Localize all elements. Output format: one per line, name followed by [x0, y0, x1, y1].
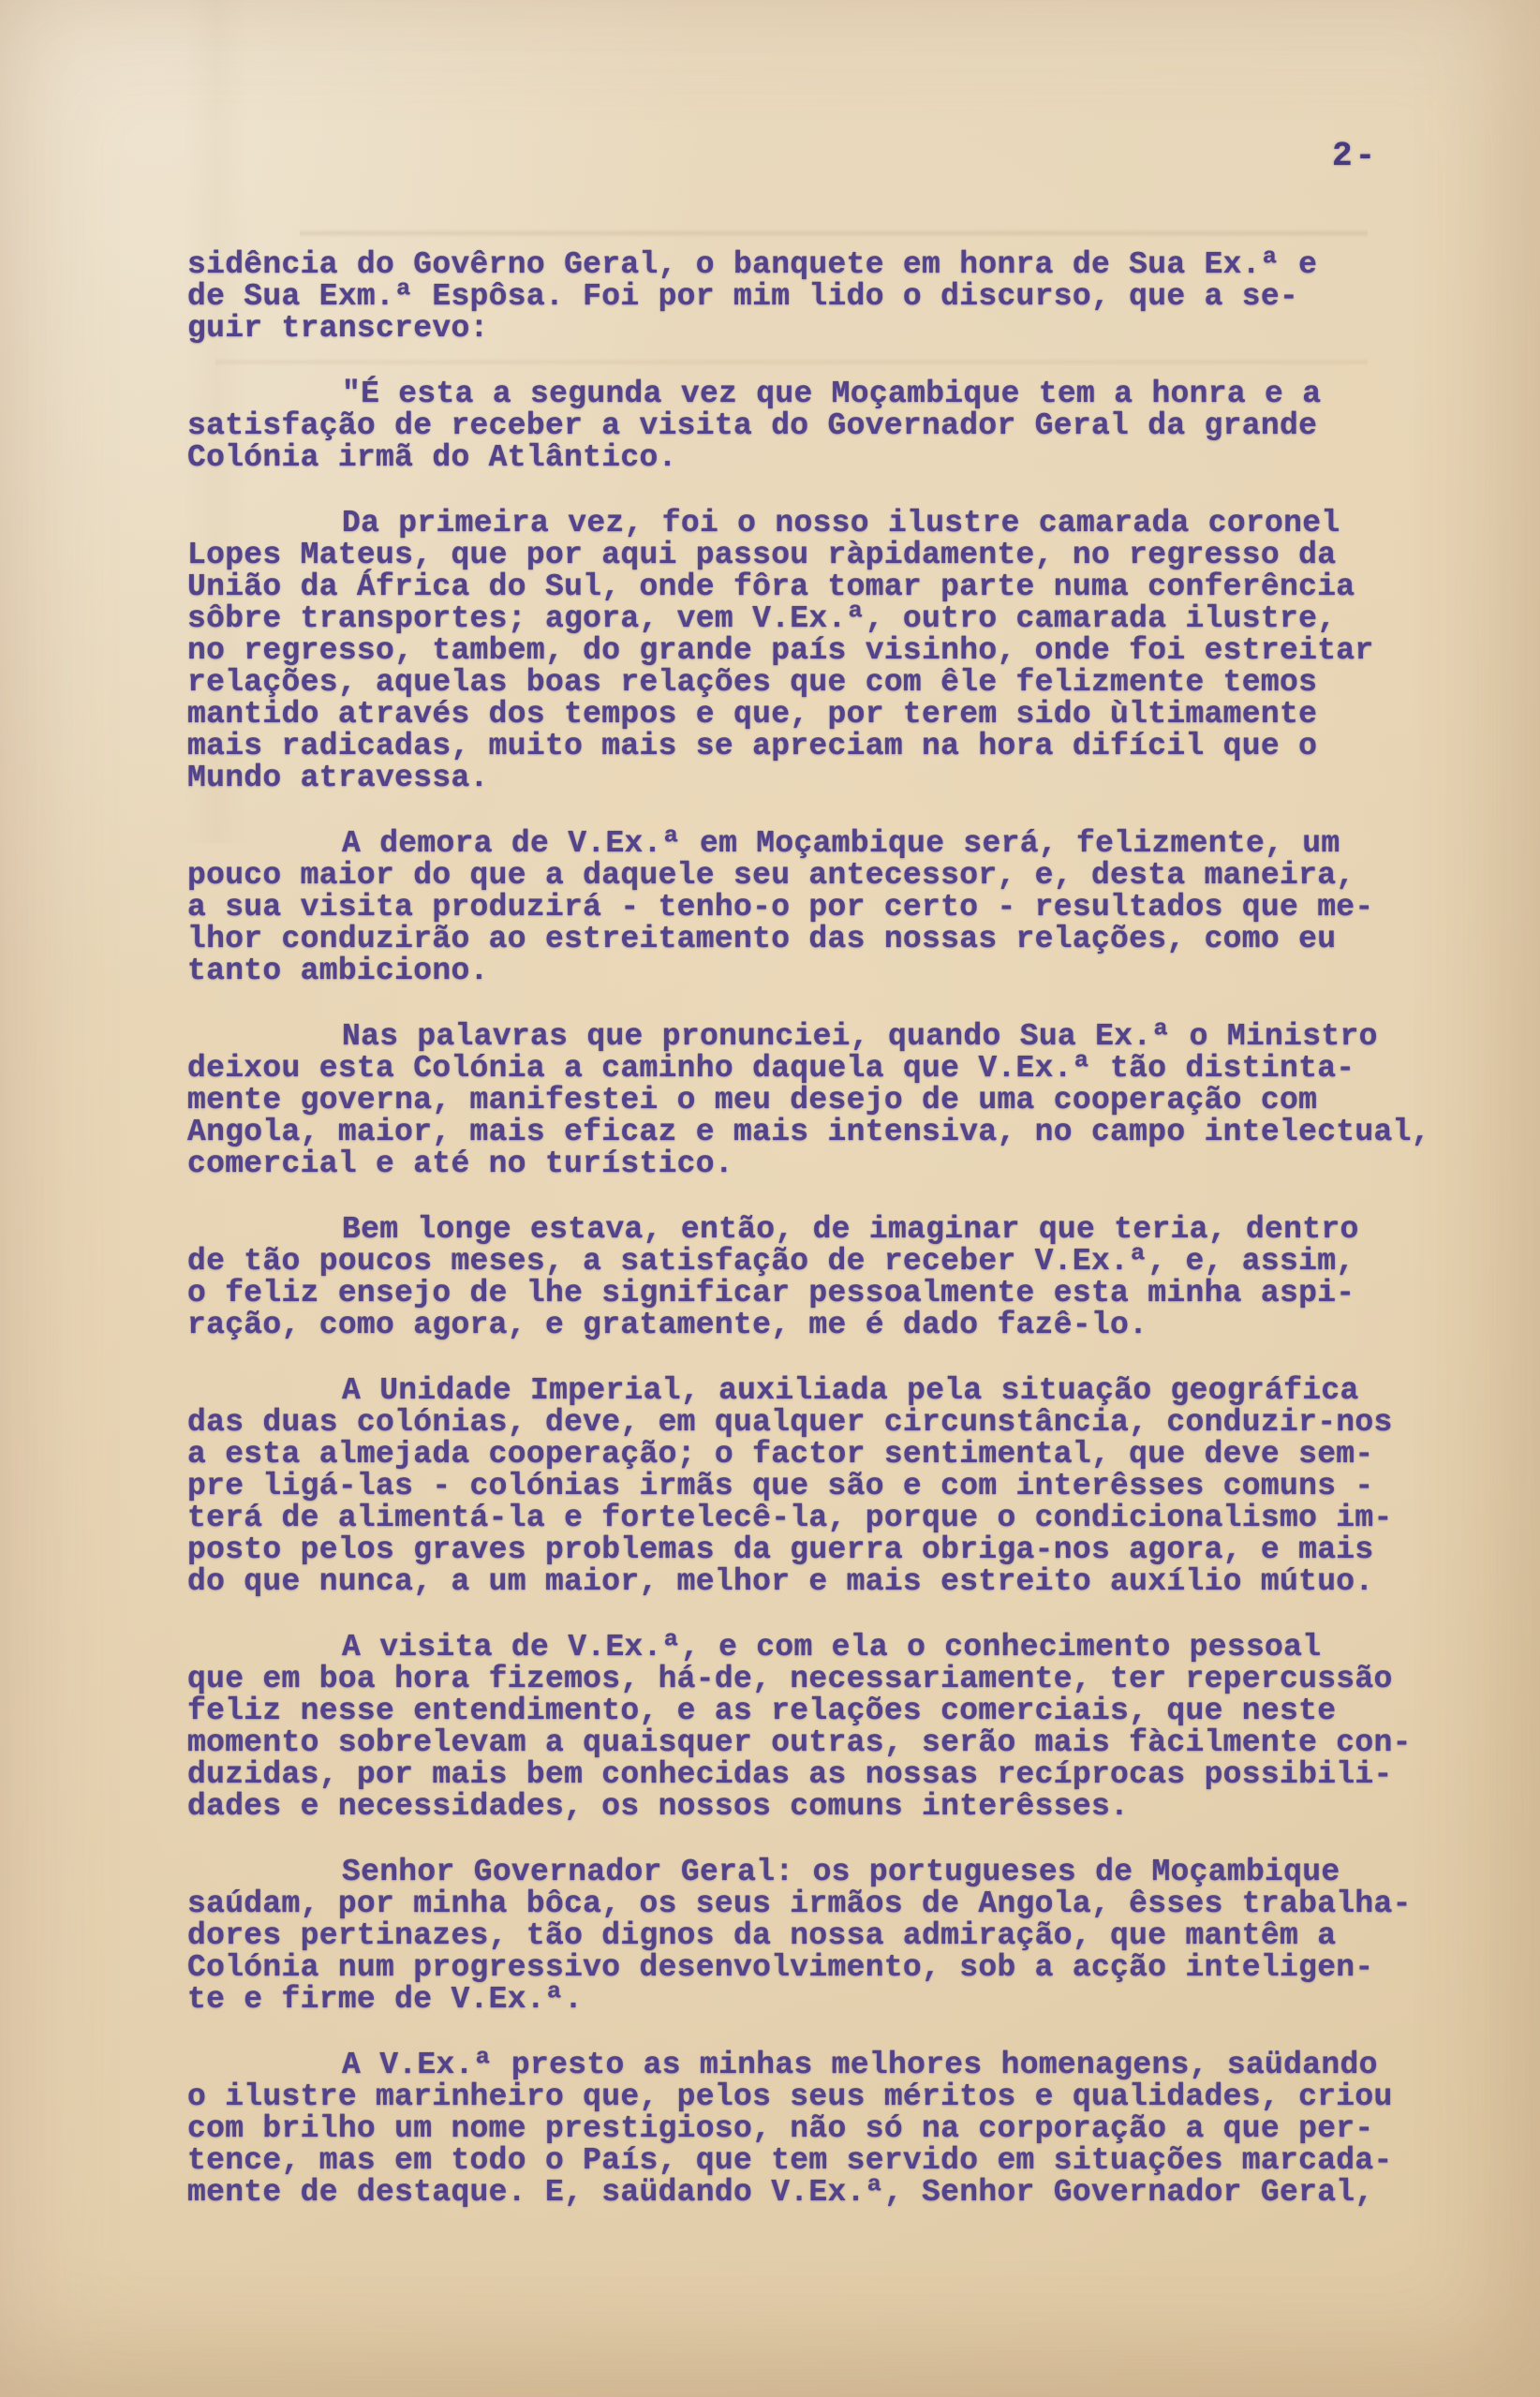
- paragraph-imperial-unity: A Unidade Imperial, auxiliada pela situa…: [187, 1375, 1452, 1598]
- paragraph-speech-opening: "É esta a segunda vez que Moçambique tem…: [187, 378, 1452, 474]
- paragraph-commercial-relations: A visita de V.Ex.ª, e com ela o conhecim…: [187, 1632, 1452, 1823]
- paragraph-stay-duration: A demora de V.Ex.ª em Moçambique será, f…: [187, 828, 1452, 987]
- paragraph-happy-occasion: Bem longe estava, então, de imaginar que…: [187, 1214, 1452, 1341]
- paper-crease: [300, 229, 1368, 238]
- page-number: 2-: [1332, 137, 1378, 175]
- paragraph-greeting-governor: Senhor Governador Geral: os portugueses …: [187, 1857, 1452, 2016]
- scanned-typewritten-page: 2- sidência do Govêrno Geral, o banquete…: [0, 0, 1540, 2397]
- paragraph-cooperation-wish: Nas palavras que pronunciei, quando Sua …: [187, 1021, 1452, 1180]
- paragraph-first-visit: Da primeira vez, foi o nosso ilustre cam…: [187, 508, 1452, 794]
- paragraph-continuation: sidência do Govêrno Geral, o banquete em…: [187, 249, 1452, 345]
- paragraph-homage: A V.Ex.ª presto as minhas melhores homen…: [187, 2049, 1452, 2209]
- typewritten-text-block: sidência do Govêrno Geral, o banquete em…: [187, 249, 1452, 2242]
